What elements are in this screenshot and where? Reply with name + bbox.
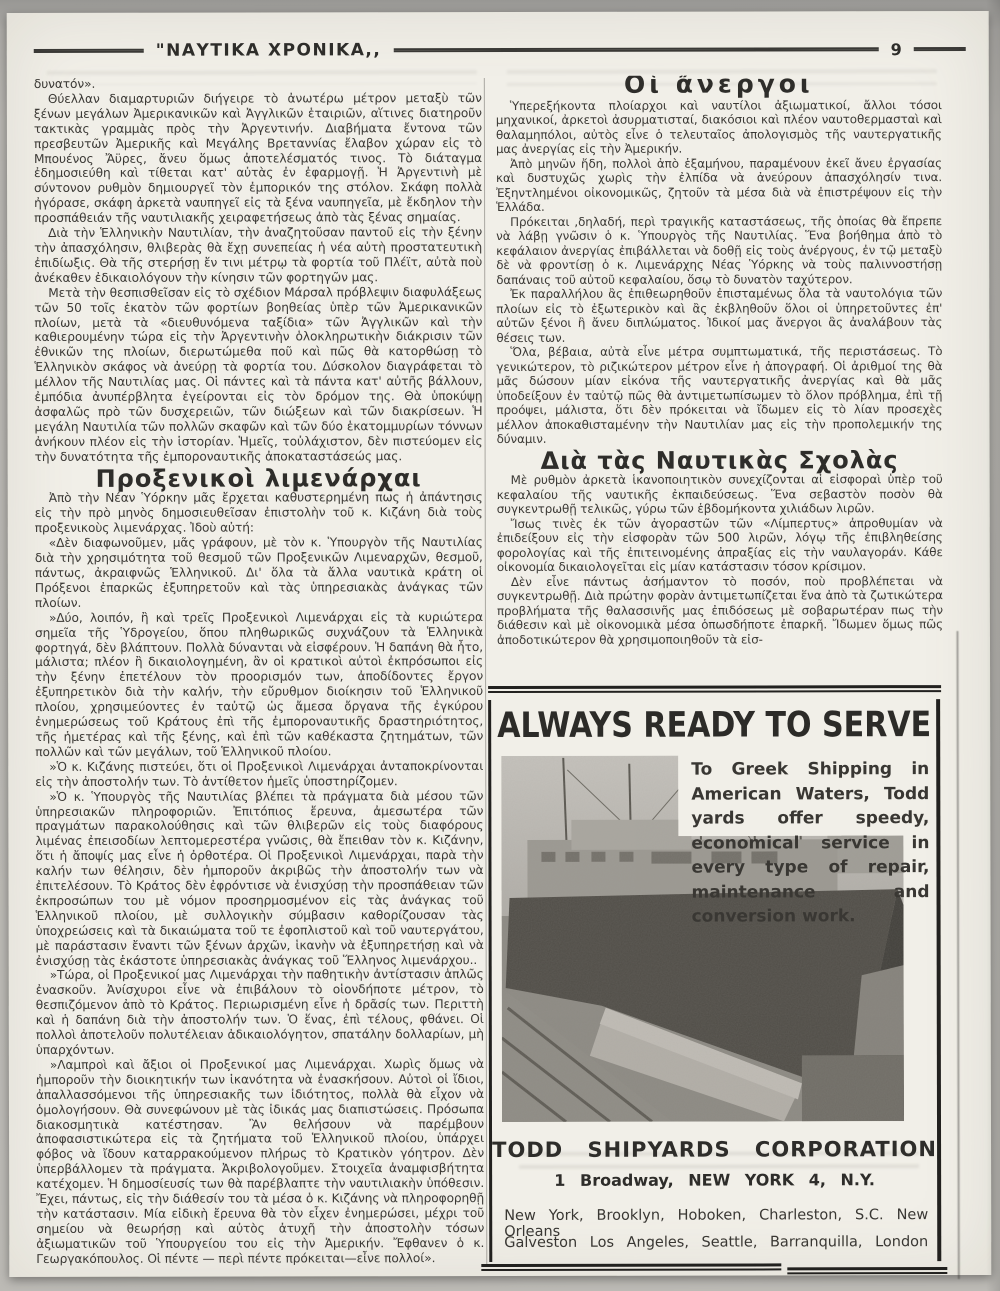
article-paragraph: »Τώρα, οἱ Προξενικοί μας Λιμενάρχαι τὴν … <box>36 968 484 1058</box>
right-column: Οἱ ἄνεργοι Ὑπερεξήκοντα πλοίαρχοι καὶ να… <box>496 75 943 692</box>
article-paragraph: »Ὁ κ. Κιζάνης πιστεύει, ὅτι οἱ Προξενικο… <box>35 759 483 790</box>
article-paragraph: Δὲν εἶνε πάντως ἀσήμαντον τὸ ποσόν, ποὺ … <box>497 574 943 647</box>
article-paragraph: »Ὁ κ. Ὑπουργὸς τῆς Ναυτιλίας βλέπει τὰ π… <box>35 789 483 969</box>
scan-edge-shadow <box>986 0 1000 1291</box>
ad-bottom-rule-right <box>787 1267 947 1274</box>
article-paragraph: Ἀπὸ μηνῶν ἤδη, πολλοὶ ἀπὸ ἑξαμήνου, παρα… <box>496 156 942 215</box>
article-paragraph: Ἐκ παραλλήλου ἂς ἐπιθεωρηθοῦν ἐπισταμένω… <box>496 286 942 345</box>
masthead-title: "ΝΑΥΤΙΚΑ ΧΡΟΝΙΚΑ,, <box>156 40 382 60</box>
article-paragraph: «Δὲν διαφωνοῦμεν, μᾶς γράφουν, μὲ τὸν κ.… <box>35 535 483 610</box>
todd-shipyards-ad: ALWAYS READY TO SERVE <box>488 699 941 1262</box>
ad-top-rule <box>488 685 941 693</box>
ad-copy: To Greek Shipping in American Waters, To… <box>691 757 929 929</box>
column-divider <box>484 78 487 1266</box>
article-paragraph: »Δύο, λοιπόν, ἢ καὶ τρεῖς Προξενικοὶ Λιμ… <box>35 610 483 760</box>
ad-headline-art: ALWAYS READY TO SERVE <box>494 703 934 746</box>
article-paragraph: Πρόκειται ,δηλαδή, περὶ τραγικῆς καταστά… <box>496 214 942 287</box>
article-paragraph: δυνατόν». <box>34 76 482 92</box>
article-paragraph: Ὑπερεξήκοντα πλοίαρχοι καὶ ναυτίλοι ἀξιω… <box>496 98 942 157</box>
article-paragraph: Μὲ ρυθμὸν ἀρκετὰ ἱκανοποιητικὸν συνεχίζο… <box>497 472 943 516</box>
company-address: 1 Broadway, NEW YORK 4, N.Y. <box>492 1170 937 1190</box>
ad-bottom-rule-left <box>481 1263 781 1271</box>
header-rule-right <box>914 47 966 51</box>
article-paragraph: »Λαμπροὶ καὶ ἄξιοι οἱ Προξενικοί μας Λιμ… <box>36 1057 484 1267</box>
section-heading-unemployed: Οἱ ἄνεργοι <box>496 77 942 92</box>
header-rule-main <box>393 47 878 52</box>
section-heading-consular-harbormasters: Προξενικοὶ λιμενάρχαι <box>35 471 483 487</box>
article-paragraph: Ἀπὸ τὴν Νέαν Ὑόρκην μᾶς ἔρχεται καθυστερ… <box>35 491 483 537</box>
article-paragraph: Ἴσως τινὲς ἐκ τῶν ἀγοραστῶν τῶν «Λίμπερτ… <box>497 516 943 575</box>
page-number: 9 <box>891 40 902 59</box>
left-column: δυνατόν». Θύελλαν διαμαρτυριῶν διήγειρε … <box>34 76 484 1269</box>
article-paragraph: Διὰ τὴν Ἑλληνικὴν Ναυτιλίαν, τὴν ἀναζητο… <box>34 225 482 286</box>
article-paragraph: Θύελλαν διαμαρτυριῶν διήγειρε τὸ ἀνωτέρω… <box>34 91 482 226</box>
page-fold-line <box>956 631 960 1279</box>
scanned-magazine-page: "ΝΑΥΤΙΚΑ ΧΡΟΝΙΚΑ,, 9 δυνατόν». Θύελλαν δ… <box>0 0 1000 1291</box>
ad-headline: ALWAYS READY TO SERVE <box>497 705 931 746</box>
page-header: "ΝΑΥΤΙΚΑ ΧΡΟΝΙΚΑ,, 9 <box>34 39 966 61</box>
section-heading-naval-schools: Διὰ τὰς Ναυτικὰς Σχολὰς <box>497 453 943 468</box>
company-name: TODD SHIPYARDS CORPORATION <box>492 1137 937 1162</box>
article-paragraph: Ὅλα, βέβαια, αὐτὰ εἶνε μέτρα συμπτωματικ… <box>496 344 942 446</box>
ad-cities-line2: Galveston Los Angeles, Seattle, Barranqu… <box>504 1234 928 1251</box>
article-paragraph: Μετὰ τὴν θεσπισθεῖσαν εἰς τὸ σχέδιον Μάρ… <box>34 285 482 465</box>
header-rule-left <box>34 49 144 53</box>
paper-sheet: "ΝΑΥΤΙΚΑ ΧΡΟΝΙΚΑ,, 9 δυνατόν». Θύελλαν δ… <box>7 11 992 1277</box>
